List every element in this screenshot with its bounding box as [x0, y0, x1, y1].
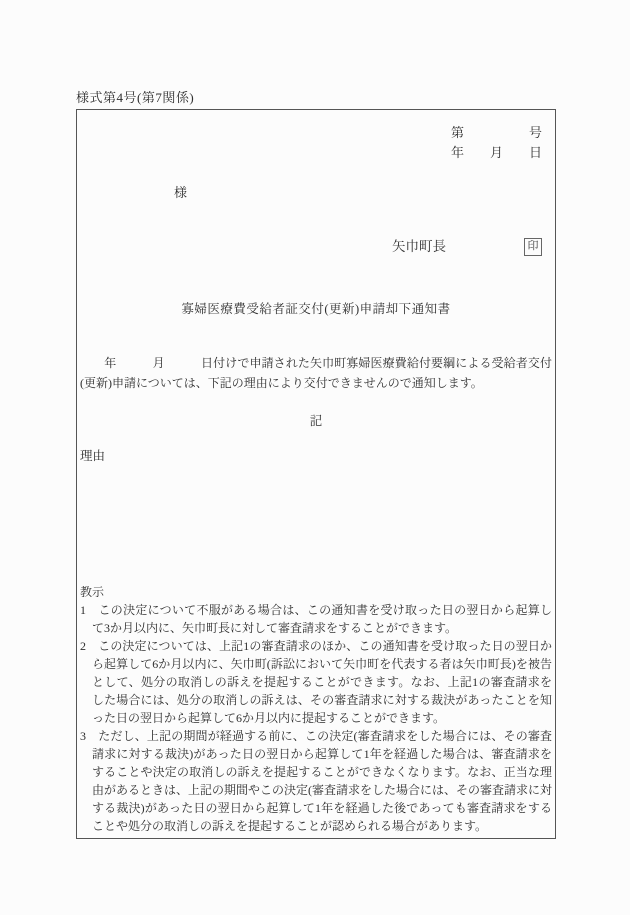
document-number-block: 第 号 年 月 日 — [77, 123, 555, 163]
seal-stamp-icon: 印 — [524, 238, 542, 256]
instruction-item-2: 2 この決定については、上記1の審査請求のほか、この通知書を受け取った日の翌日か… — [80, 637, 552, 727]
document-number-line: 第 号 — [77, 123, 542, 143]
form-number-label: 様式第4号(第7関係) — [76, 87, 194, 106]
addressee-honorific: 様 — [77, 183, 555, 203]
appeal-instructions: 教示 1 この決定について不服がある場合は、この通知書を受け取った日の翌日から起… — [77, 583, 555, 835]
document-date-line: 年 月 日 — [77, 143, 542, 163]
document-border-box: 第 号 年 月 日 様 矢巾町長 印 寡婦医療費受給者証交付(更新)申請却下通知… — [76, 109, 556, 839]
sender-title: 矢巾町長 — [392, 237, 446, 256]
record-marker: 記 — [77, 411, 555, 431]
body-paragraph: 年 月 日付けで申請された矢巾町寡婦医療費給付要綱による受給者交付(更新)申請に… — [77, 353, 555, 393]
instruction-item-3: 3 ただし、上記の期間が経過する前に、この決定(審査請求をした場合には、その審査… — [80, 727, 552, 835]
instruction-item-1: 1 この決定について不服がある場合は、この通知書を受け取った日の翌日から起算して… — [80, 601, 552, 637]
document-page: 様式第4号(第7関係) 第 号 年 月 日 様 矢巾町長 印 寡婦医療費受給者証… — [0, 0, 630, 915]
instructions-heading: 教示 — [80, 583, 552, 601]
reason-label: 理由 — [77, 446, 555, 466]
document-title: 寡婦医療費受給者証交付(更新)申請却下通知書 — [77, 299, 555, 319]
sender-row: 矢巾町長 印 — [77, 237, 555, 256]
